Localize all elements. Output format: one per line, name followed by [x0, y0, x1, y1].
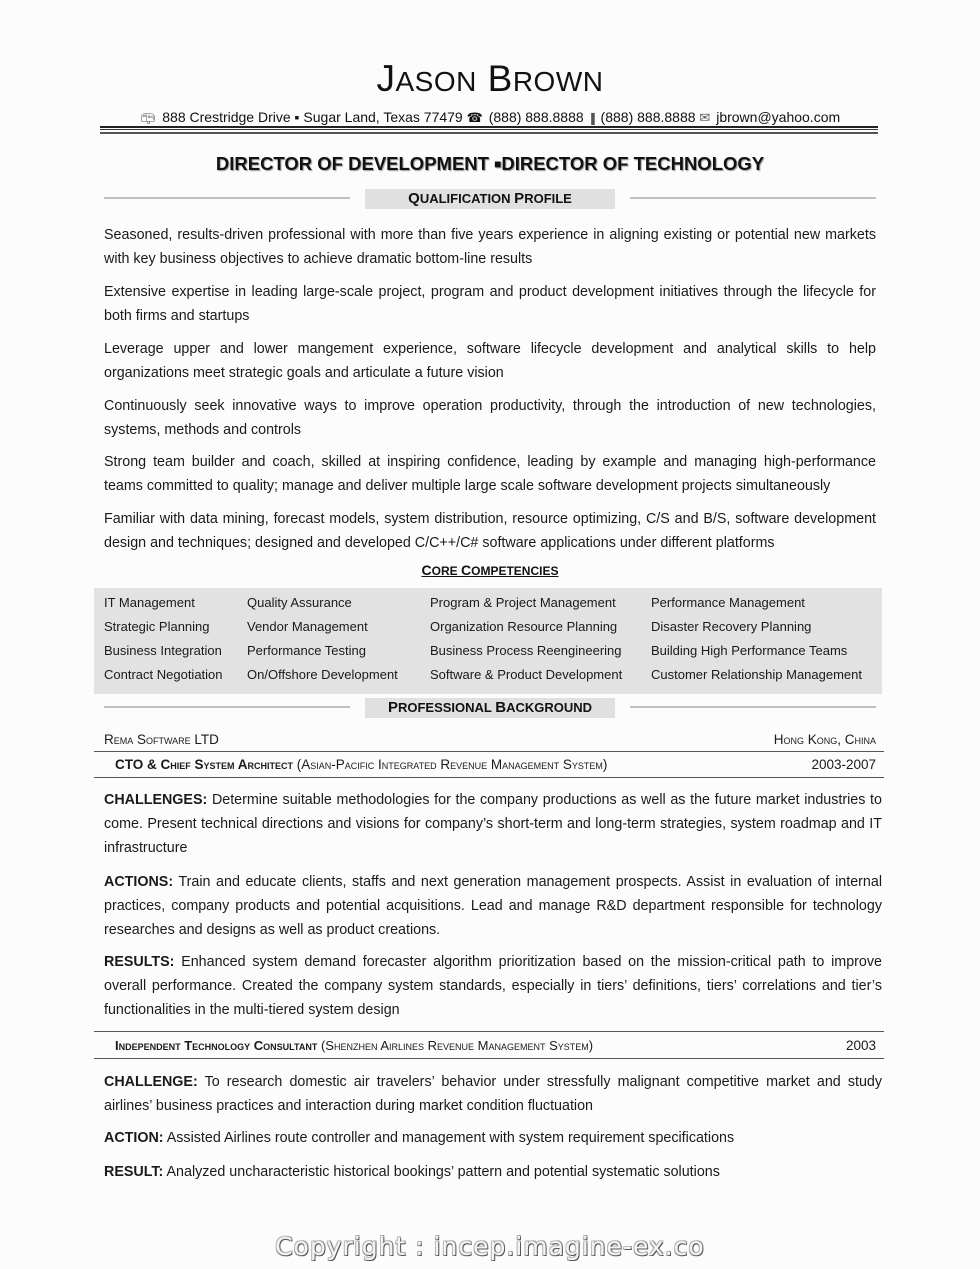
competency: Business Process Reengineering [430, 643, 622, 658]
job-dates: 2003-2007 [811, 757, 876, 772]
envelope-icon: ✉ [699, 110, 710, 125]
email-link[interactable]: jbrown@yahoo.com [716, 109, 840, 125]
header-rule [100, 129, 878, 130]
header-rule [100, 126, 878, 128]
row-divider [94, 777, 884, 778]
competency: Strategic Planning [104, 619, 210, 634]
contact-line: 📪︎ 888 Crestridge Drive ▪ Sugar Land, Te… [0, 109, 980, 126]
profile-paragraph: Extensive expertise in leading large-sca… [104, 280, 876, 328]
mobile: (888) 888.8888 [601, 109, 696, 125]
job-detail: RESULTS: Enhanced system demand forecast… [104, 950, 882, 1022]
job-detail: RESULT: Analyzed uncharacteristic histor… [104, 1160, 882, 1184]
competency: Performance Management [651, 595, 805, 610]
competency: Performance Testing [247, 643, 366, 658]
competency: Organization Resource Planning [430, 619, 617, 634]
job-dates: 2003 [846, 1038, 876, 1053]
profile-paragraph: Strong team builder and coach, skilled a… [104, 450, 876, 498]
section-heading-competencies: CORE COMPETENCIES [0, 562, 980, 578]
address: 888 Crestridge Drive [162, 109, 290, 125]
section-heading-qualification: QUALIFICATION PROFILE [365, 189, 615, 209]
section-divider [630, 706, 876, 708]
city: Sugar Land, Texas 77479 [303, 109, 462, 125]
mailbox-icon: 📪︎ [140, 110, 157, 125]
job-project: (Shenzhen Airlines Revenue Management Sy… [321, 1038, 593, 1053]
job-project: (Asian-Pacific Integrated Revenue Manage… [297, 757, 608, 772]
job-title: Independent Technology Consultant [115, 1038, 317, 1053]
telephone-icon: ☎ [467, 110, 483, 125]
job-detail: ACTION: Assisted Airlines route controll… [104, 1126, 882, 1150]
candidate-name: JASON BROWN [0, 58, 980, 100]
competency: Quality Assurance [247, 595, 352, 610]
job-title-row: Independent Technology Consultant (Shenz… [115, 1038, 593, 1053]
competency: Building High Performance Teams [651, 643, 847, 658]
job-detail: CHALLENGE: To research domestic air trav… [104, 1070, 882, 1118]
section-heading-background: PROFESSIONAL BACKGROUND [365, 698, 615, 718]
competency: Contract Negotiation [104, 667, 223, 682]
competency: On/Offshore Development [247, 667, 398, 682]
job-title-row: CTO & Chief System Architect (Asian-Paci… [115, 757, 607, 772]
competency: Business Integration [104, 643, 222, 658]
row-divider [94, 1058, 884, 1059]
phone: (888) 888.8888 [489, 109, 584, 125]
job-title: CTO & Chief System Architect [115, 757, 293, 772]
competency: Software & Product Development [430, 667, 622, 682]
section-divider [104, 197, 350, 199]
section-divider [630, 197, 876, 199]
mobile-phone-icon: ▐ [588, 114, 595, 125]
company-name: Rema Software LTD [104, 732, 219, 747]
competency: Disaster Recovery Planning [651, 619, 811, 634]
competency: Customer Relationship Management [651, 667, 862, 682]
profile-paragraph: Continuously seek innovative ways to imp… [104, 394, 876, 442]
profile-paragraph: Leverage upper and lower mangement exper… [104, 337, 876, 385]
profile-paragraph: Seasoned, results-driven professional wi… [104, 223, 876, 271]
company-location: Hong Kong, China [774, 732, 876, 747]
copyright-watermark: Copyright : incep.imagine-ex.co [0, 1232, 980, 1261]
header-rule [100, 132, 878, 134]
competency: IT Management [104, 595, 195, 610]
section-divider [104, 706, 350, 708]
job-detail: ACTIONS: Train and educate clients, staf… [104, 870, 882, 942]
competency: Program & Project Management [430, 595, 616, 610]
headline: DIRECTOR OF DEVELOPMENT ■DIRECTOR OF TEC… [0, 153, 980, 175]
job-detail: CHALLENGES: Determine suitable methodolo… [104, 788, 882, 860]
profile-paragraph: Familiar with data mining, forecast mode… [104, 507, 876, 555]
row-divider [94, 1031, 884, 1032]
row-divider [94, 751, 884, 752]
competency: Vendor Management [247, 619, 368, 634]
